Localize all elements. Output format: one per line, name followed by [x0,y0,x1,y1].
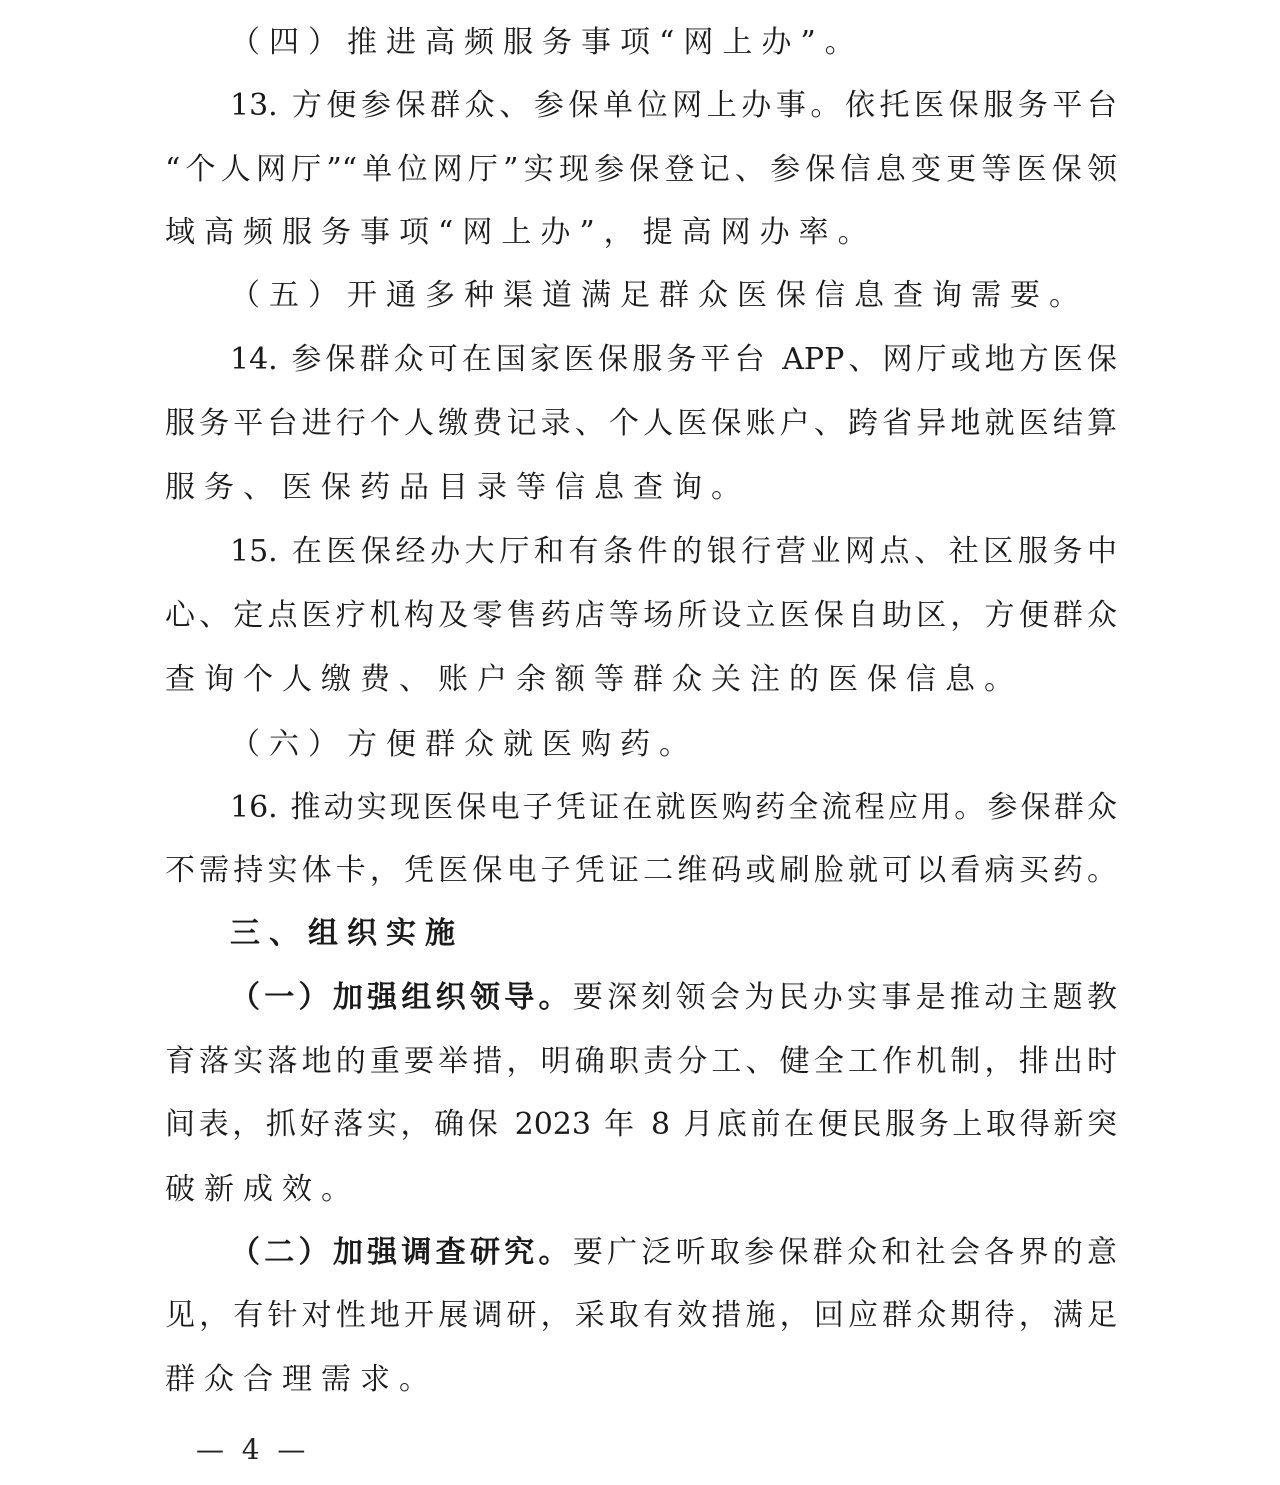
section-heading: 三、组织实施 [230,902,1117,966]
body-text-line: 间表，抓好落实，确保 2023 年 8 月底前在便民服务上取得新突 [165,1093,1117,1157]
body-text-line: 服务、医保药品目录等信息查询。 [165,456,1117,520]
subsection-heading: （五）开通多种渠道满足群众医保信息查询需要。 [230,264,1117,328]
body-text-line: 育落实落地的重要举措，明确职责分工、健全工作机制，排出时 [165,1030,1117,1094]
body-text-line: 15. 在医保经办大厅和有条件的银行营业网点、社区服务中 [230,520,1117,584]
body-text-line: 13. 方便参保群众、参保单位网上办事。依托医保服务平台 [230,74,1117,138]
body-text-line: 心、定点医疗机构及零售药店等场所设立医保自助区，方便群众 [165,584,1117,648]
body-text-line: 破新成效。 [165,1158,1117,1222]
subsection-heading: （四）推进高频服务事项“网上办”。 [230,11,1117,75]
body-text-line: 查询个人缴费、账户余额等群众关注的医保信息。 [165,648,1117,712]
line-remainder: 要广泛听取参保群众和社会各界的意 [573,1235,1117,1270]
line-remainder: 要深刻领会为民办实事是推动主题教 [573,980,1117,1015]
bold-lead-phrase: （一）加强组织领导。 [230,980,573,1015]
body-text-line: 域高频服务事项“网上办”，提高网办率。 [165,201,1117,265]
body-text-line: （一）加强组织领导。要深刻领会为民办实事是推动主题教 [230,966,1117,1030]
bold-lead-phrase: （二）加强调查研究。 [230,1235,573,1270]
body-text-line: 服务平台进行个人缴费记录、个人医保账户、跨省异地就医结算 [165,392,1117,456]
body-text-line: 16. 推动实现医保电子凭证在就医购药全流程应用。参保群众 [230,776,1117,840]
page-number: — 4 — [196,1428,305,1472]
body-text-line: “个人网厅”“单位网厅”实现参保登记、参保信息变更等医保领 [165,138,1117,202]
body-text-line: 群众合理需求。 [165,1348,1117,1412]
body-text-line: 14. 参保群众可在国家医保服务平台 APP、网厅或地方医保 [230,328,1117,392]
subsection-heading: （六）方便群众就医购药。 [230,713,1117,777]
body-text-line: 不需持实体卡，凭医保电子凭证二维码或刷脸就可以看病买药。 [165,839,1117,903]
body-text-line: （二）加强调查研究。要广泛听取参保群众和社会各界的意 [230,1221,1117,1285]
document-page: （四）推进高频服务事项“网上办”。13. 方便参保群众、参保单位网上办事。依托医… [0,0,1280,1485]
body-text-line: 见，有针对性地开展调研，采取有效措施，回应群众期待，满足 [165,1284,1117,1348]
